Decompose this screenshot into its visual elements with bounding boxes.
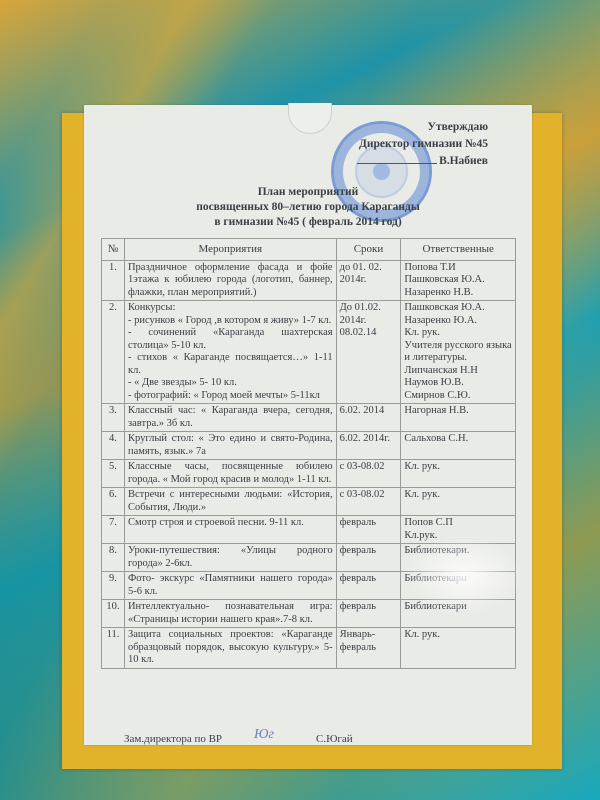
date-cell-line: февраль — [340, 573, 398, 586]
event-cell-line: Праздничное оформление фасада и фойе 1эт… — [128, 262, 333, 300]
responsible-cell-line: Смирнов С.Ю. — [404, 390, 512, 403]
footer-position: Зам.директора по ВР — [124, 733, 222, 745]
date-cell-line: 6.02. 2014 — [340, 405, 398, 418]
responsible-cell: Кл. рук. — [401, 488, 516, 516]
event-cell: Круглый стол: « Это едино и свято-Родина… — [124, 432, 336, 460]
table-row: 5.Классные часы, посвященные юбилею горо… — [102, 460, 516, 488]
events-table: № Мероприятия Сроки Ответственные 1.Праз… — [101, 238, 516, 669]
date-cell: 6.02. 2014г. — [336, 432, 401, 460]
date-cell: До 01.02. 2014г.08.02.14 — [336, 301, 401, 404]
row-number: 10. — [102, 600, 125, 628]
date-cell-line: Январь-февраль — [340, 629, 398, 654]
sleeve-thumb-cutout — [288, 103, 332, 134]
date-cell: Январь-февраль — [336, 628, 401, 669]
table-row: 7.Смотр строя и строевой песни. 9-11 кл.… — [102, 516, 516, 544]
responsible-cell-line: Кл. рук. — [404, 629, 512, 642]
approval-signer-line: В.Набиев — [357, 153, 488, 170]
responsible-cell-line: Кл.рук. — [404, 530, 512, 543]
date-cell-line: 6.02. 2014г. — [340, 433, 398, 446]
responsible-cell-line: Кл. рук. — [404, 327, 512, 340]
event-cell-line: Интеллектуально- познавательная игра: «С… — [128, 601, 333, 626]
header-responsible: Ответственные — [401, 239, 516, 261]
approval-label: Утверждаю — [357, 119, 488, 136]
event-cell: Смотр строя и строевой песни. 9-11 кл. — [124, 516, 336, 544]
responsible-cell-line: Попова Т.И — [404, 262, 512, 275]
row-number: 4. — [102, 432, 125, 460]
date-cell: 6.02. 2014 — [336, 404, 401, 432]
responsible-cell: Пашковская Ю.А.Назаренко Ю.А.Кл. рук.Учи… — [401, 301, 516, 404]
responsible-cell-line: Назаренко Ю.А. — [404, 315, 512, 328]
date-cell-line: с 03-08.02 — [340, 489, 398, 502]
responsible-cell-line: Пашковская Ю.А. — [404, 274, 512, 287]
approval-position: Директор гимназии №45 — [357, 136, 488, 153]
event-cell: Уроки-путешествия: «Улицы родного города… — [124, 544, 336, 572]
responsible-cell-line: Пашковская Ю.А. — [404, 302, 512, 315]
event-cell-line: Круглый стол: « Это едино и свято-Родина… — [128, 433, 333, 458]
date-cell: до 01. 02. 2014г. — [336, 260, 401, 301]
date-cell-line: февраль — [340, 601, 398, 614]
row-number: 2. — [102, 301, 125, 404]
title-line-3: в гимназии №45 ( февраль 2014 год) — [84, 215, 532, 230]
responsible-cell: Библиотекари — [401, 572, 516, 600]
table-row: 9.Фото- экскурс «Памятники нашего города… — [102, 572, 516, 600]
row-number: 3. — [102, 404, 125, 432]
event-cell-line: Смотр строя и строевой песни. 9-11 кл. — [128, 517, 333, 530]
event-cell-line: - « Две звезды» 5- 10 кл. — [128, 377, 333, 390]
date-cell-line: с 03-08.02 — [340, 461, 398, 474]
document-sheet: Утверждаю Директор гимназии №45 В.Набиев… — [84, 105, 532, 745]
responsible-cell-line: Нагорная Н.В. — [404, 405, 512, 418]
row-number: 1. — [102, 260, 125, 301]
date-cell: февраль — [336, 544, 401, 572]
header-number: № — [102, 239, 125, 261]
event-cell-line: Классные часы, посвященные юбилею города… — [128, 461, 333, 486]
table-body: 1.Праздничное оформление фасада и фойе 1… — [102, 260, 516, 668]
responsible-cell-line: Попов С.П — [404, 517, 512, 530]
title-line-2: посвященных 80–летию города Караганды — [84, 200, 532, 215]
responsible-cell: Попов С.ПКл.рук. — [401, 516, 516, 544]
date-cell-line: февраль — [340, 545, 398, 558]
responsible-cell-line: Учителя русского языка и литературы. — [404, 340, 512, 365]
header-date: Сроки — [336, 239, 401, 261]
responsible-cell-line: Липчанская Н.Н — [404, 365, 512, 378]
table-row: 10.Интеллектуально- познавательная игра:… — [102, 600, 516, 628]
responsible-cell: Кл. рук. — [401, 628, 516, 669]
event-cell-line: - стихов « Караганде посвящается…» 1-11 … — [128, 352, 333, 377]
date-cell-line: февраль — [340, 517, 398, 530]
row-number: 5. — [102, 460, 125, 488]
date-cell: февраль — [336, 516, 401, 544]
event-cell: Фото- экскурс «Памятники нашего города» … — [124, 572, 336, 600]
responsible-cell-line: Сальхова С.Н. — [404, 433, 512, 446]
event-cell-line: - сочинений «Караганда шахтерская столиц… — [128, 327, 333, 352]
table-row: 4.Круглый стол: « Это едино и свято-Роди… — [102, 432, 516, 460]
event-cell: Интеллектуально- познавательная игра: «С… — [124, 600, 336, 628]
approval-signer: В.Набиев — [439, 155, 488, 167]
responsible-cell-line: Кл. рук. — [404, 461, 512, 474]
table-row: 2.Конкурсы:- рисунков « Город ,в котором… — [102, 301, 516, 404]
event-cell-line: Защита социальных проектов: «Караганде о… — [128, 629, 333, 667]
header-event: Мероприятия — [124, 239, 336, 261]
responsible-cell: Нагорная Н.В. — [401, 404, 516, 432]
event-cell: Конкурсы:- рисунков « Город ,в котором я… — [124, 301, 336, 404]
event-cell: Защита социальных проектов: «Караганде о… — [124, 628, 336, 669]
row-number: 9. — [102, 572, 125, 600]
row-number: 7. — [102, 516, 125, 544]
footer-name: С.Югай — [316, 733, 353, 745]
event-cell: Классный час: « Караганда вчера, сегодня… — [124, 404, 336, 432]
handwritten-signature: Юг — [254, 727, 274, 743]
table-row: 6.Встречи с интересными людьми: «История… — [102, 488, 516, 516]
signature-line — [357, 163, 437, 164]
table-row: 1.Праздничное оформление фасада и фойе 1… — [102, 260, 516, 301]
event-cell-line: Конкурсы: — [128, 302, 333, 315]
document-title: План мероприятий посвященных 80–летию го… — [84, 185, 532, 230]
row-number: 6. — [102, 488, 125, 516]
table-header-row: № Мероприятия Сроки Ответственные — [102, 239, 516, 261]
title-line-1: План мероприятий — [84, 185, 532, 200]
event-cell: Встречи с интересными людьми: «История, … — [124, 488, 336, 516]
responsible-cell-line: Библиотекари — [404, 573, 512, 586]
event-cell-line: Классный час: « Караганда вчера, сегодня… — [128, 405, 333, 430]
responsible-cell: Сальхова С.Н. — [401, 432, 516, 460]
responsible-cell-line: Библиотекари. — [404, 545, 512, 558]
footer-signature-block: Зам.директора по ВР Юг С.Югай — [124, 733, 424, 745]
table-row: 11.Защита социальных проектов: «Караганд… — [102, 628, 516, 669]
date-cell: февраль — [336, 572, 401, 600]
date-cell: февраль — [336, 600, 401, 628]
event-cell-line: Уроки-путешествия: «Улицы родного города… — [128, 545, 333, 570]
approval-block: Утверждаю Директор гимназии №45 В.Набиев — [357, 119, 488, 170]
event-cell-line: Фото- экскурс «Памятники нашего города» … — [128, 573, 333, 598]
table-row: 8.Уроки-путешествия: «Улицы родного горо… — [102, 544, 516, 572]
event-cell-line: - фотографий: « Город моей мечты» 5-11кл — [128, 390, 333, 403]
event-cell-line: - рисунков « Город ,в котором я живу» 1-… — [128, 315, 333, 328]
date-cell: с 03-08.02 — [336, 488, 401, 516]
date-cell-line: До 01.02. 2014г. — [340, 302, 398, 327]
event-cell: Классные часы, посвященные юбилею города… — [124, 460, 336, 488]
event-cell: Праздничное оформление фасада и фойе 1эт… — [124, 260, 336, 301]
event-cell-line: Встречи с интересными людьми: «История, … — [128, 489, 333, 514]
date-cell: с 03-08.02 — [336, 460, 401, 488]
row-number: 8. — [102, 544, 125, 572]
date-cell-line: до 01. 02. 2014г. — [340, 262, 398, 287]
row-number: 11. — [102, 628, 125, 669]
responsible-cell-line: Библиотекари — [404, 601, 512, 614]
responsible-cell: Библиотекари. — [401, 544, 516, 572]
table-row: 3.Классный час: « Караганда вчера, сегод… — [102, 404, 516, 432]
responsible-cell: Попова Т.ИПашковская Ю.А.Назаренко Н.В. — [401, 260, 516, 301]
date-cell-line: 08.02.14 — [340, 327, 398, 340]
responsible-cell-line: Кл. рук. — [404, 489, 512, 502]
responsible-cell: Кл. рук. — [401, 460, 516, 488]
responsible-cell: Библиотекари — [401, 600, 516, 628]
responsible-cell-line: Наумов Ю.В. — [404, 377, 512, 390]
responsible-cell-line: Назаренко Н.В. — [404, 287, 512, 300]
